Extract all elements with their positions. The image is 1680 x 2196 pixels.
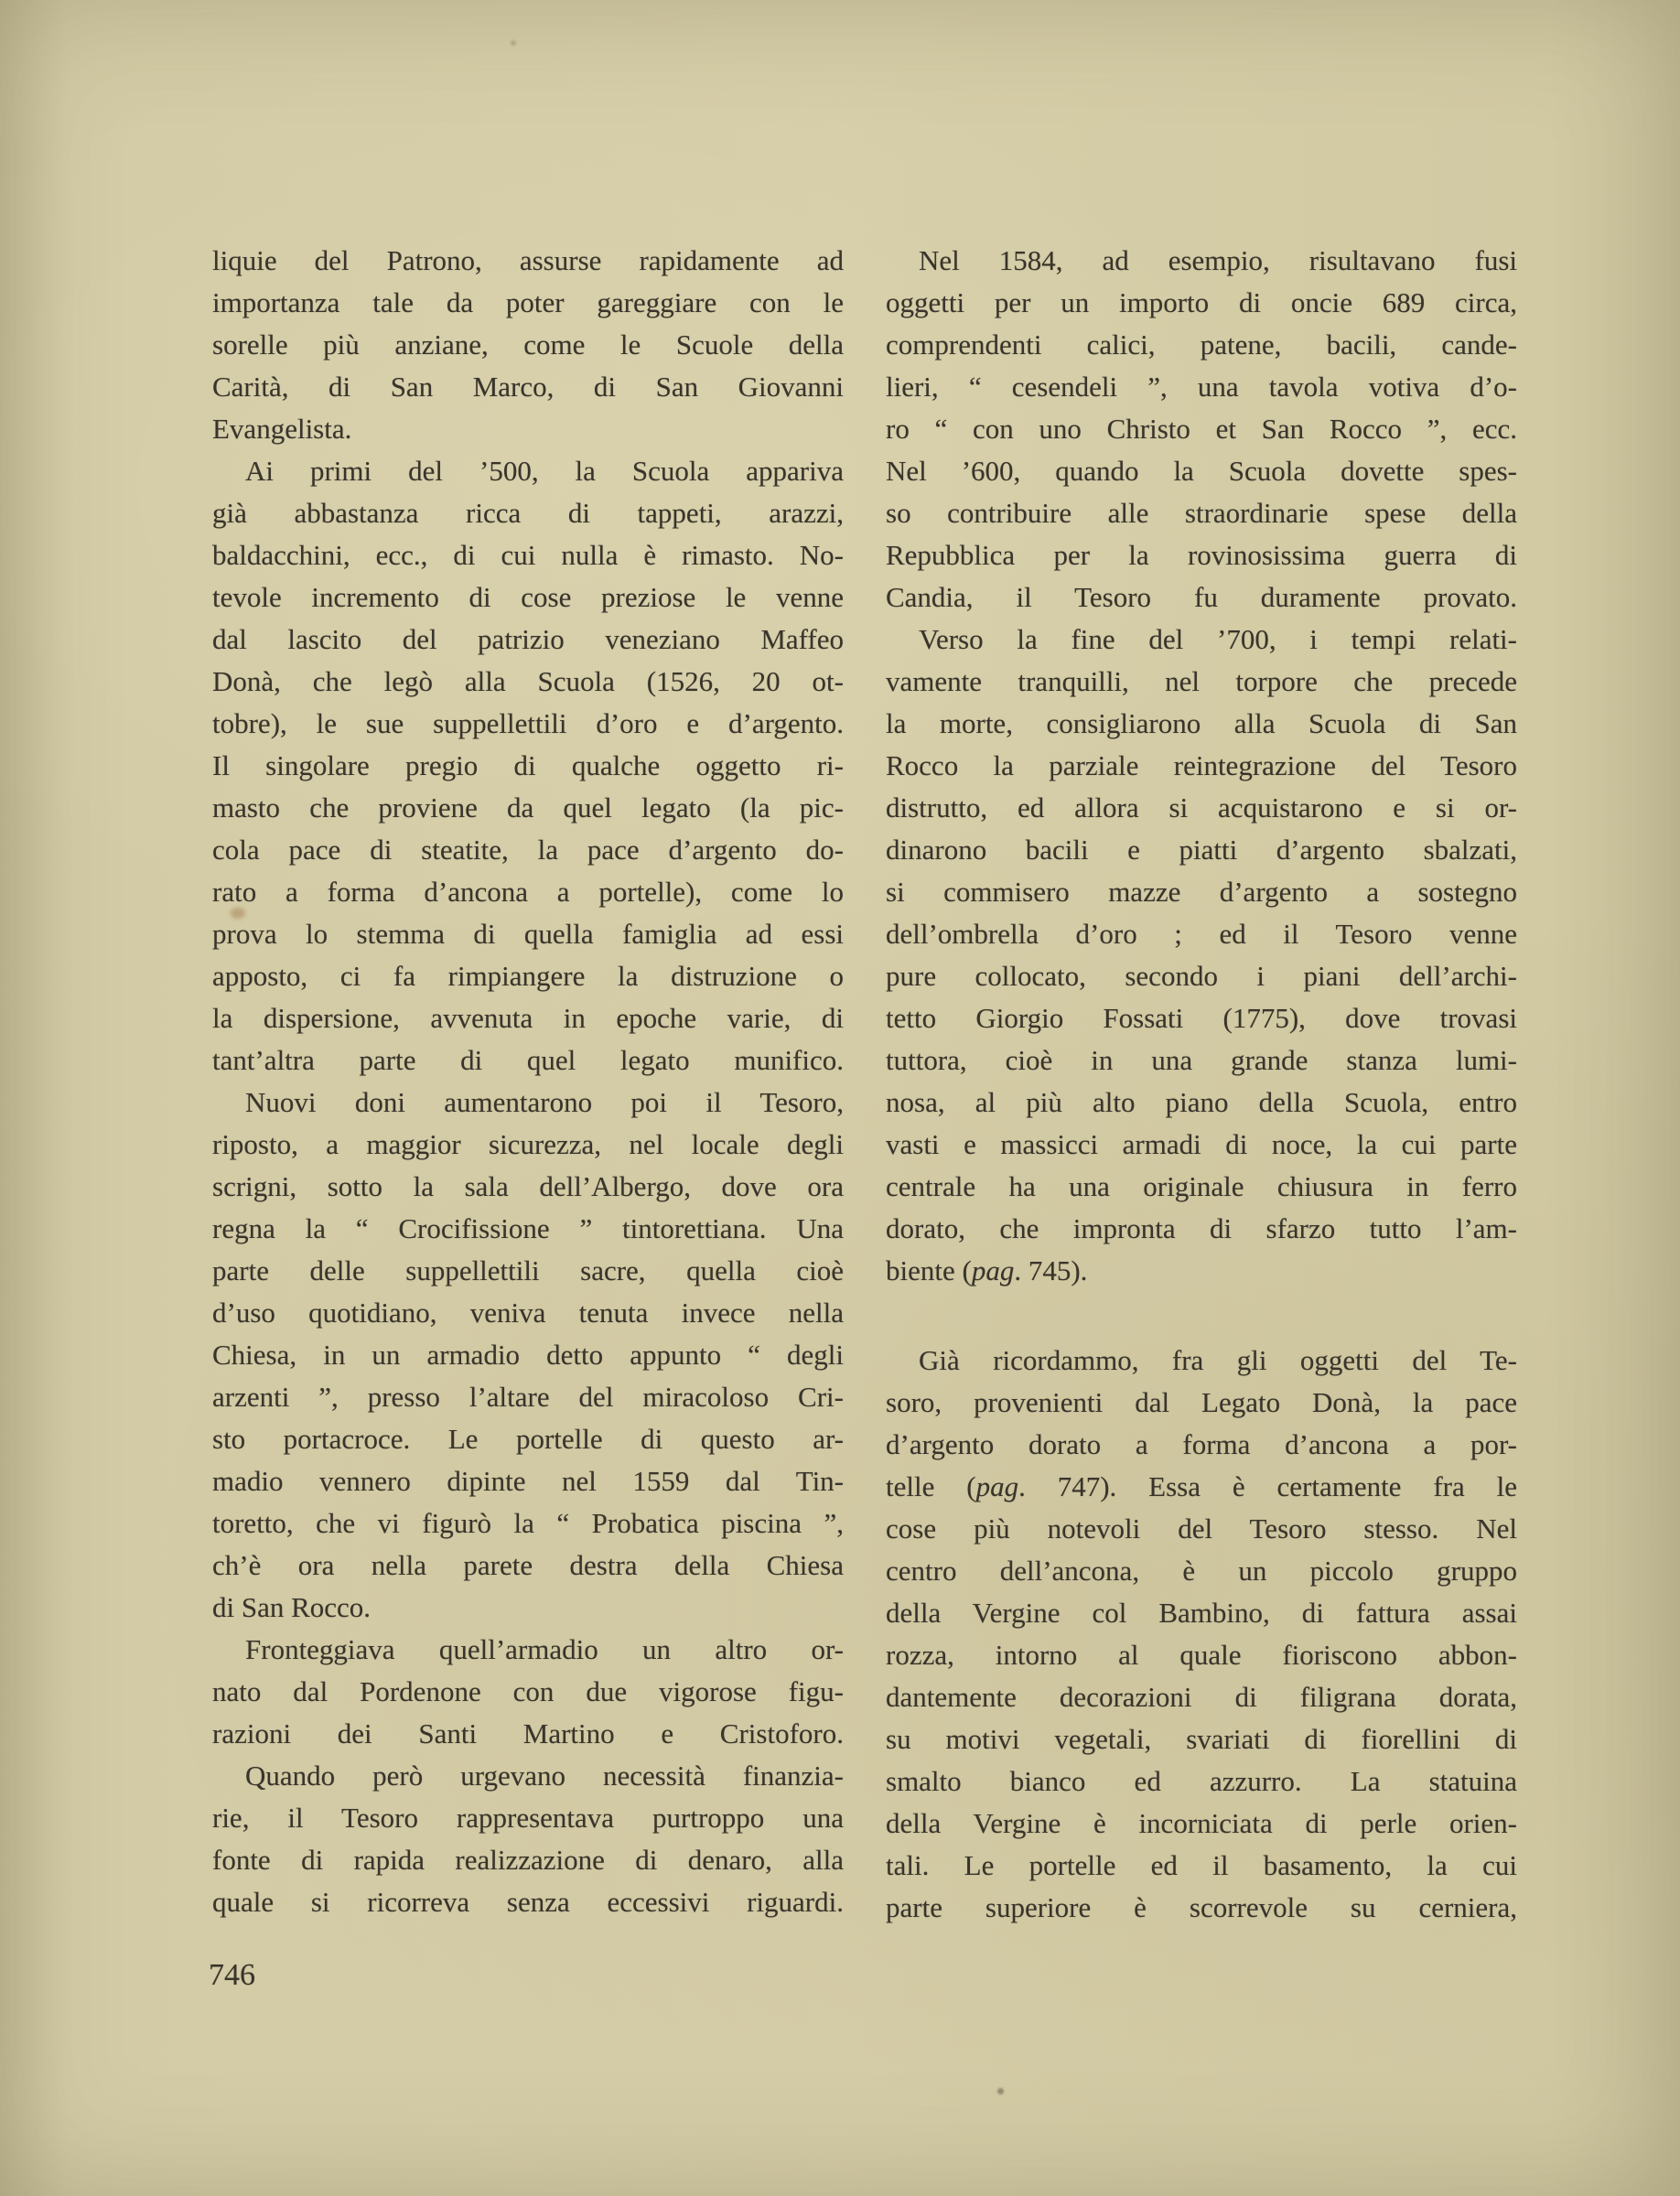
text-line: madio vennero dipinte nel 1559 dal Tin- (212, 1460, 844, 1502)
text-line: Chiesa, in un armadio detto appunto “ de… (212, 1334, 844, 1376)
text-line: d’argento dorato a forma d’ancona a por- (886, 1424, 1517, 1466)
text-column-right: Nel 1584, ad esempio, risultavano fusiog… (886, 240, 1517, 1929)
text-line: tevole incremento di cose preziose le ve… (212, 576, 844, 619)
text-line: centro dell’ancona, è un piccolo gruppo (886, 1550, 1517, 1592)
text-line: apposto, ci fa rimpiangere la distruzion… (212, 955, 844, 997)
text-line: sto portacroce. Le portelle di questo ar… (212, 1418, 844, 1460)
text-line: Evangelista. (212, 408, 844, 450)
text-line: tetto Giorgio Fossati (1775), dove trova… (886, 997, 1517, 1039)
text-line: ch’è ora nella parete destra della Chies… (212, 1545, 844, 1587)
text-line: ro “ con uno Christo et San Rocco ”, ecc… (886, 408, 1517, 450)
text-line: tant’altra parte di quel legato munifico… (212, 1039, 844, 1082)
text-line: Repubblica per la rovinosissima guerra d… (886, 534, 1517, 576)
text-line: comprendenti calici, patene, bacili, can… (886, 324, 1517, 366)
text-column-left: liquie del Patrono, assurse rapidamente … (212, 240, 844, 1923)
text-line: arzenti ”, presso l’altare del miracolos… (212, 1376, 844, 1418)
text-line: soro, provenienti dal Legato Donà, la pa… (886, 1382, 1517, 1424)
text-line: Fronteggiava quell’armadio un altro or- (212, 1629, 844, 1671)
text-line: dal lascito del patrizio veneziano Maffe… (212, 619, 844, 661)
paragraph: Verso la fine del ’700, i tempi relati-v… (886, 619, 1517, 1292)
text-line: parte superiore è scorrevole su cerniera… (886, 1887, 1517, 1929)
text-line: so contribuire alle straordinarie spese … (886, 492, 1517, 534)
text-line: della Vergine col Bambino, di fattura as… (886, 1592, 1517, 1634)
text-line: Nel 1584, ad esempio, risultavano fusi (886, 240, 1517, 282)
text-line: Rocco la parziale reintegrazione del Tes… (886, 745, 1517, 787)
text-line: Il singolare pregio di qualche oggetto r… (212, 745, 844, 787)
text-line: riposto, a maggior sicurezza, nel locale… (212, 1124, 844, 1166)
text-line: Verso la fine del ’700, i tempi relati- (886, 619, 1517, 661)
text-line: la morte, consigliarono alla Scuola di S… (886, 703, 1517, 745)
paragraph: Già ricordammo, fra gli oggetti del Te-s… (886, 1340, 1517, 1929)
text-line: biente (pag. 745). (886, 1250, 1517, 1292)
text-line: rato a forma d’ancona a portelle), come … (212, 871, 844, 913)
text-line: importanza tale da poter gareggiare con … (212, 282, 844, 324)
text-line: rie, il Tesoro rappresentava purtroppo u… (212, 1797, 844, 1839)
text-line: la dispersione, avvenuta in epoche varie… (212, 997, 844, 1039)
text-line: della Vergine è incorniciata di perle or… (886, 1803, 1517, 1845)
text-line: scrigni, sotto la sala dell’Albergo, dov… (212, 1166, 844, 1208)
text-line: liquie del Patrono, assurse rapidamente … (212, 240, 844, 282)
text-line: tobre), le sue suppellettili d’oro e d’a… (212, 703, 844, 745)
text-line: cola pace di steatite, la pace d’argento… (212, 829, 844, 871)
text-line: pure collocato, secondo i piani dell’arc… (886, 955, 1517, 997)
text-line: vamente tranquilli, nel torpore che prec… (886, 661, 1517, 703)
text-line: smalto bianco ed azzurro. La statuina (886, 1760, 1517, 1803)
text-line: regna la “ Crocifissione ” tintorettiana… (212, 1208, 844, 1250)
text-line: prova lo stemma di quella famiglia ad es… (212, 913, 844, 955)
text-line: rozza, intorno al quale fioriscono abbon… (886, 1634, 1517, 1676)
text-line: si commisero mazze d’argento a sostegno (886, 871, 1517, 913)
paragraph: Fronteggiava quell’armadio un altro or-n… (212, 1629, 844, 1755)
text-line: baldacchini, ecc., di cui nulla è rimast… (212, 534, 844, 576)
text-line: nato dal Pordenone con due vigorose figu… (212, 1671, 844, 1713)
text-line: nosa, al più alto piano della Scuola, en… (886, 1082, 1517, 1124)
text-line: Quando però urgevano necessità finanzia- (212, 1755, 844, 1797)
text-line: dorato, che impronta di sfarzo tutto l’a… (886, 1208, 1517, 1250)
text-line: quale si ricorreva senza eccessivi rigua… (212, 1881, 844, 1923)
text-line: Donà, che legò alla Scuola (1526, 20 ot- (212, 661, 844, 703)
text-line: oggetti per un importo di oncie 689 circ… (886, 282, 1517, 324)
text-line: di San Rocco. (212, 1587, 844, 1629)
text-line: toretto, che vi figurò la “ Probatica pi… (212, 1502, 844, 1545)
paragraph: Ai primi del ’500, la Scuola apparivagià… (212, 450, 844, 1082)
text-line: Già ricordammo, fra gli oggetti del Te- (886, 1340, 1517, 1382)
paragraph: liquie del Patrono, assurse rapidamente … (212, 240, 844, 450)
paragraph: Nel 1584, ad esempio, risultavano fusiog… (886, 240, 1517, 619)
text-line: centrale ha una originale chiusura in fe… (886, 1166, 1517, 1208)
text-line: su motivi vegetali, svariati di fiorelli… (886, 1718, 1517, 1760)
text-line: tali. Le portelle ed il basamento, la cu… (886, 1845, 1517, 1887)
book-page: { "page": { "number": "746" }, "colors":… (0, 0, 1680, 2196)
text-line: Ai primi del ’500, la Scuola appariva (212, 450, 844, 492)
text-line: già abbastanza ricca di tappeti, arazzi, (212, 492, 844, 534)
paragraph: Nuovi doni aumentarono poi il Tesoro,rip… (212, 1082, 844, 1629)
text-line: razioni dei Santi Martino e Cristoforo. (212, 1713, 844, 1755)
text-line: dell’ombrella d’oro ; ed il Tesoro venne (886, 913, 1517, 955)
text-line: lieri, “ cesendeli ”, una tavola votiva … (886, 366, 1517, 408)
text-line: d’uso quotidiano, veniva tenuta invece n… (212, 1292, 844, 1334)
text-line: Nel ’600, quando la Scuola dovette spes- (886, 450, 1517, 492)
text-line: distrutto, ed allora si acquistarono e s… (886, 787, 1517, 829)
text-line: sorelle più anziane, come le Scuole dell… (212, 324, 844, 366)
text-line: Nuovi doni aumentarono poi il Tesoro, (212, 1082, 844, 1124)
text-line: vasti e massicci armadi di noce, la cui … (886, 1124, 1517, 1166)
paragraph: Quando però urgevano necessità finanzia-… (212, 1755, 844, 1923)
text-line: masto che proviene da quel legato (la pi… (212, 787, 844, 829)
text-line: tuttora, cioè in una grande stanza lumi- (886, 1039, 1517, 1082)
text-line: telle (pag. 747). Essa è certamente fra … (886, 1466, 1517, 1508)
text-line: Carità, di San Marco, di San Giovanni (212, 366, 844, 408)
text-line: dinarono bacili e piatti d’argento sbalz… (886, 829, 1517, 871)
text-line: parte delle suppellettili sacre, quella … (212, 1250, 844, 1292)
page-number: 746 (209, 1958, 255, 1993)
text-line: Candia, il Tesoro fu duramente provato. (886, 576, 1517, 619)
text-line: fonte di rapida realizzazione di denaro,… (212, 1839, 844, 1881)
text-line: cose più notevoli del Tesoro stesso. Nel (886, 1508, 1517, 1550)
text-line: dantemente decorazioni di filigrana dora… (886, 1676, 1517, 1718)
